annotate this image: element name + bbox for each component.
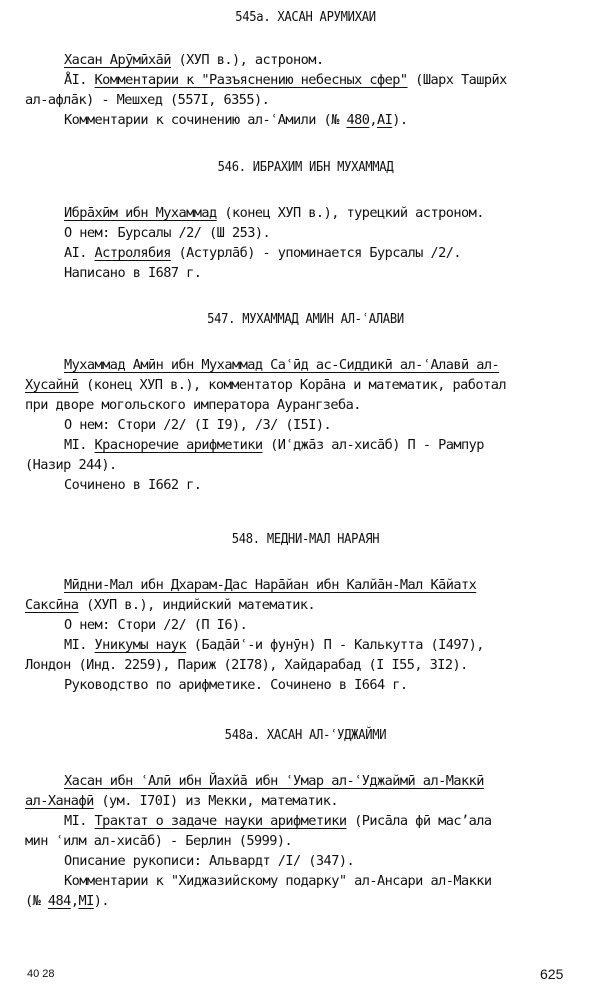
underlined-title: Красноречие арифметики <box>95 437 263 453</box>
underlined-title: Астролябия <box>95 245 171 261</box>
underlined-title: Комментарии к "Разъяснению небесных сфер… <box>95 72 408 88</box>
text-line: (№ 484,MI). <box>25 893 109 909</box>
text-line: AI. Астролябия (Астурлāб) - упоминается … <box>64 245 461 261</box>
underlined-title: AI <box>377 112 392 128</box>
text-line: Сочинено в I662 г. <box>64 477 201 493</box>
text-segment: AI. <box>64 245 95 261</box>
text-line: ал-афлāк) - Мешхед (557I, 6355). <box>25 92 269 108</box>
entry-heading: 546. ИБРАХИМ ИБН МУХАММАД <box>24 160 586 175</box>
text-segment: (№ <box>25 893 48 909</box>
text-line: ÅI. Комментарии к "Разъяснению небесных … <box>64 72 507 88</box>
text-line: MI. Трактат о задаче науки арифметики (Р… <box>64 813 492 829</box>
text-segment: (ХУП в.), астроном. <box>171 52 324 68</box>
underlined-title: 484 <box>48 893 71 909</box>
text-segment: (конец ХУП в.), комментатор Корāна и мат… <box>78 377 506 393</box>
text-segment: О нем: Стори /2/ (П I6). <box>64 617 247 633</box>
text-line: О нем: Бурсалы /2/ (Ш 253). <box>64 225 270 241</box>
underlined-title: Трактат о задаче науки арифметики <box>95 813 347 829</box>
entry-heading: 548. МЕДНИ-МАЛ НАРАЯН <box>24 532 586 547</box>
text-segment: О нем: Стори /2/ (I I9), /3/ (I5I). <box>64 417 331 433</box>
text-line: мин ʿилм ал-хисāб) - Берлин (5999). <box>25 833 292 849</box>
text-segment: Комментарии к "Хиджазийскому подарку" ал… <box>64 873 492 889</box>
text-line: О нем: Стори /2/ (П I6). <box>64 617 247 633</box>
text-segment: ÅI. <box>64 72 95 88</box>
underlined-title: ал-Ханафӣ <box>25 793 94 809</box>
underlined-title: Ибрāхӣм ибн Мухаммад <box>64 205 217 221</box>
text-segment: ). <box>94 893 109 909</box>
text-line: Хасан Арӯмӣхāӣ (ХУП в.), астроном. <box>64 52 324 68</box>
text-segment: MI. <box>64 813 95 829</box>
text-line: ал-Ханафӣ (ум. I70I) из Мекки, математик… <box>25 793 338 809</box>
text-line: (Назир 244). <box>25 457 117 473</box>
text-line: Саксӣна (ХУП в.), индийский математик. <box>25 597 315 613</box>
entry-heading: 547. МУХАММАД АМИН АЛ-ʿАЛАВИ <box>24 312 586 327</box>
text-segment: Лондон (Инд. 2259), Париж (2I78), Хайдар… <box>25 657 468 673</box>
text-line: Комментарии к "Хиджазийскому подарку" ал… <box>64 873 492 889</box>
text-segment: при дворе могольского императора Аурангз… <box>25 397 361 413</box>
text-line: Описание рукописи: Альвардт /I/ (347). <box>64 853 354 869</box>
underlined-title: Саксӣна <box>25 597 78 613</box>
text-segment: (Рисāла фӣ масʼала <box>346 813 491 829</box>
text-line: Ибрāхӣм ибн Мухаммад (конец ХУП в.), тур… <box>64 205 484 221</box>
text-line: MI. Красноречие арифметики (Иʿджāз ал-хи… <box>64 437 484 453</box>
text-segment: (Шарх Ташрӣх <box>408 72 507 88</box>
underlined-title: Уникумы наук <box>95 637 187 653</box>
underlined-title: MI <box>78 893 93 909</box>
text-segment: (ХУП в.), индийский математик. <box>78 597 315 613</box>
text-segment: MI. <box>64 437 95 453</box>
text-segment: MI. <box>64 637 95 653</box>
text-segment: Описание рукописи: Альвардт /I/ (347). <box>64 853 354 869</box>
text-line: Руководство по арифметике. Сочинено в I6… <box>64 677 408 693</box>
text-line: при дворе могольского императора Аурангз… <box>25 397 361 413</box>
underlined-title: 480 <box>346 112 369 128</box>
underlined-title: Мӣдни-Мал ибн Дхарам-Дас Нарāйан ибн Кал… <box>64 577 476 593</box>
underlined-title: Хусайнӣ <box>25 377 78 393</box>
text-segment: (Иʿджāз ал-хисāб) П - Рампур <box>263 437 484 453</box>
text-segment: мин ʿилм ал-хисāб) - Берлин (5999). <box>25 833 292 849</box>
text-line: Хусайнӣ (конец ХУП в.), комментатор Корā… <box>25 377 506 393</box>
page-number: 625 <box>540 966 563 982</box>
text-segment: (Назир 244). <box>25 457 117 473</box>
text-segment: (конец ХУП в.), турецкий астроном. <box>217 205 484 221</box>
underlined-title: Хасан Арӯмӣхāӣ <box>64 52 171 68</box>
underlined-title: Хасан ибн ʿАлӣ ибн Йахйā ибн ʿУмар ал-ʿУ… <box>64 773 484 789</box>
text-segment: (Астурлāб) - упоминается Бурсалы /2/. <box>171 245 461 261</box>
text-line: О нем: Стори /2/ (I I9), /3/ (I5I). <box>64 417 331 433</box>
text-line: Написано в I687 г. <box>64 265 201 281</box>
text-line: Хасан ибн ʿАлӣ ибн Йахйā ибн ʿУмар ал-ʿУ… <box>64 773 484 789</box>
text-segment: Сочинено в I662 г. <box>64 477 201 493</box>
text-line: Мӣдни-Мал ибн Дхарам-Дас Нарāйан ибн Кал… <box>64 577 476 593</box>
text-segment: Комментарии к сочинению ал-ʿАмили (№ <box>64 112 346 128</box>
text-line: Лондон (Инд. 2259), Париж (2I78), Хайдар… <box>25 657 468 673</box>
text-segment: О нем: Бурсалы /2/ (Ш 253). <box>64 225 270 241</box>
text-segment: ). <box>392 112 407 128</box>
text-segment: (Бадāӣʿ-и фунӯн) П - Калькутта (I497), <box>186 637 484 653</box>
text-segment: Написано в I687 г. <box>64 265 201 281</box>
text-segment: , <box>369 112 377 128</box>
entry-heading: 548а. ХАСАН АЛ-ʿУДЖАЙМИ <box>24 728 586 743</box>
text-segment: ал-афлāк) - Мешхед (557I, 6355). <box>25 92 269 108</box>
text-line: Комментарии к сочинению ал-ʿАмили (№ 480… <box>64 112 408 128</box>
text-segment: (ум. I70I) из Мекки, математик. <box>94 793 338 809</box>
footer-code: 40 28 <box>27 968 55 980</box>
document-page: 545а. ХАСАН АРУМИХАИХасан Арӯмӣхāӣ (ХУП … <box>0 0 611 1000</box>
entry-heading: 545а. ХАСАН АРУМИХАИ <box>24 10 586 25</box>
text-line: MI. Уникумы наук (Бадāӣʿ-и фунӯн) П - Ка… <box>64 637 484 653</box>
underlined-title: Мухаммад Амӣн ибн Мухаммад Саʿӣд ас-Сидд… <box>64 357 499 373</box>
text-line: Мухаммад Амӣн ибн Мухаммад Саʿӣд ас-Сидд… <box>64 357 499 373</box>
text-segment: Руководство по арифметике. Сочинено в I6… <box>64 677 408 693</box>
